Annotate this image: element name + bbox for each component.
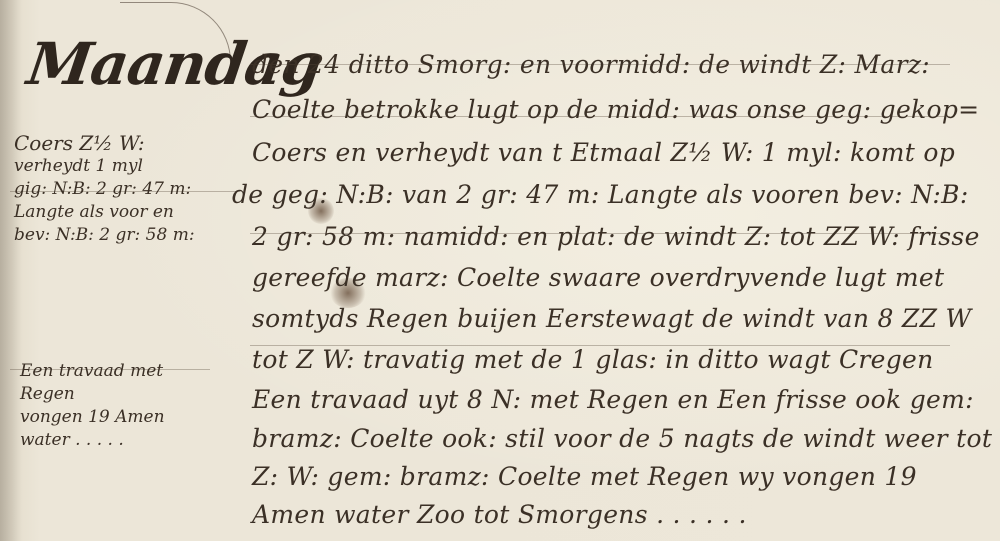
margin-note-rain: Een travaad met Regen vongen 19 Amen wat… — [20, 360, 165, 452]
margin-note-line: verheydt 1 myl — [14, 155, 195, 178]
log-line-8: tot Z W: travatig met de 1 glas: in ditt… — [252, 345, 934, 374]
manuscript-page: Maandag den 24 ditto Smorg: en voormidd:… — [0, 0, 1000, 541]
log-line-3: Coers en verheydt van t Etmaal Z½ W: 1 m… — [252, 138, 955, 167]
log-line-10: bramz: Coelte ook: stil voor de 5 nagts … — [252, 424, 992, 453]
log-line-1: den 24 ditto Smorg: en voormidd: de wind… — [252, 50, 930, 79]
margin-note-line: gig: N:B: 2 gr: 47 m: — [14, 178, 195, 201]
log-line-4: de geg: N:B: van 2 gr: 47 m: Langte als … — [232, 180, 969, 209]
margin-note-line: vongen 19 Amen — [20, 406, 165, 429]
margin-note-line: Een travaad met — [20, 360, 165, 383]
log-line-9: Een travaad uyt 8 N: met Regen en Een fr… — [252, 385, 974, 414]
log-line-2: Coelte betrokke lugt op de midd: was ons… — [252, 95, 979, 124]
log-line-7: somtyds Regen buijen Eerstewagt de windt… — [252, 304, 972, 333]
log-line-11: Z: W: gem: bramz: Coelte met Regen wy vo… — [252, 462, 917, 491]
margin-note-course: Coers Z½ W: verheydt 1 myl gig: N:B: 2 g… — [14, 132, 195, 247]
log-line-6: gereefde marz: Coelte swaare overdryvend… — [252, 263, 944, 292]
margin-note-line: Regen — [20, 383, 165, 406]
log-line-5: 2 gr: 58 m: namidd: en plat: de windt Z:… — [252, 222, 980, 251]
binding-gutter-shadow — [0, 0, 22, 541]
margin-note-line: Coers Z½ W: — [14, 132, 195, 155]
margin-note-line: water . . . . . — [20, 429, 165, 452]
log-line-12: Amen water Zoo tot Smorgens . . . . . . — [252, 500, 747, 529]
margin-note-line: bev: N:B: 2 gr: 58 m: — [14, 224, 195, 247]
margin-note-line: Langte als voor en — [14, 201, 195, 224]
